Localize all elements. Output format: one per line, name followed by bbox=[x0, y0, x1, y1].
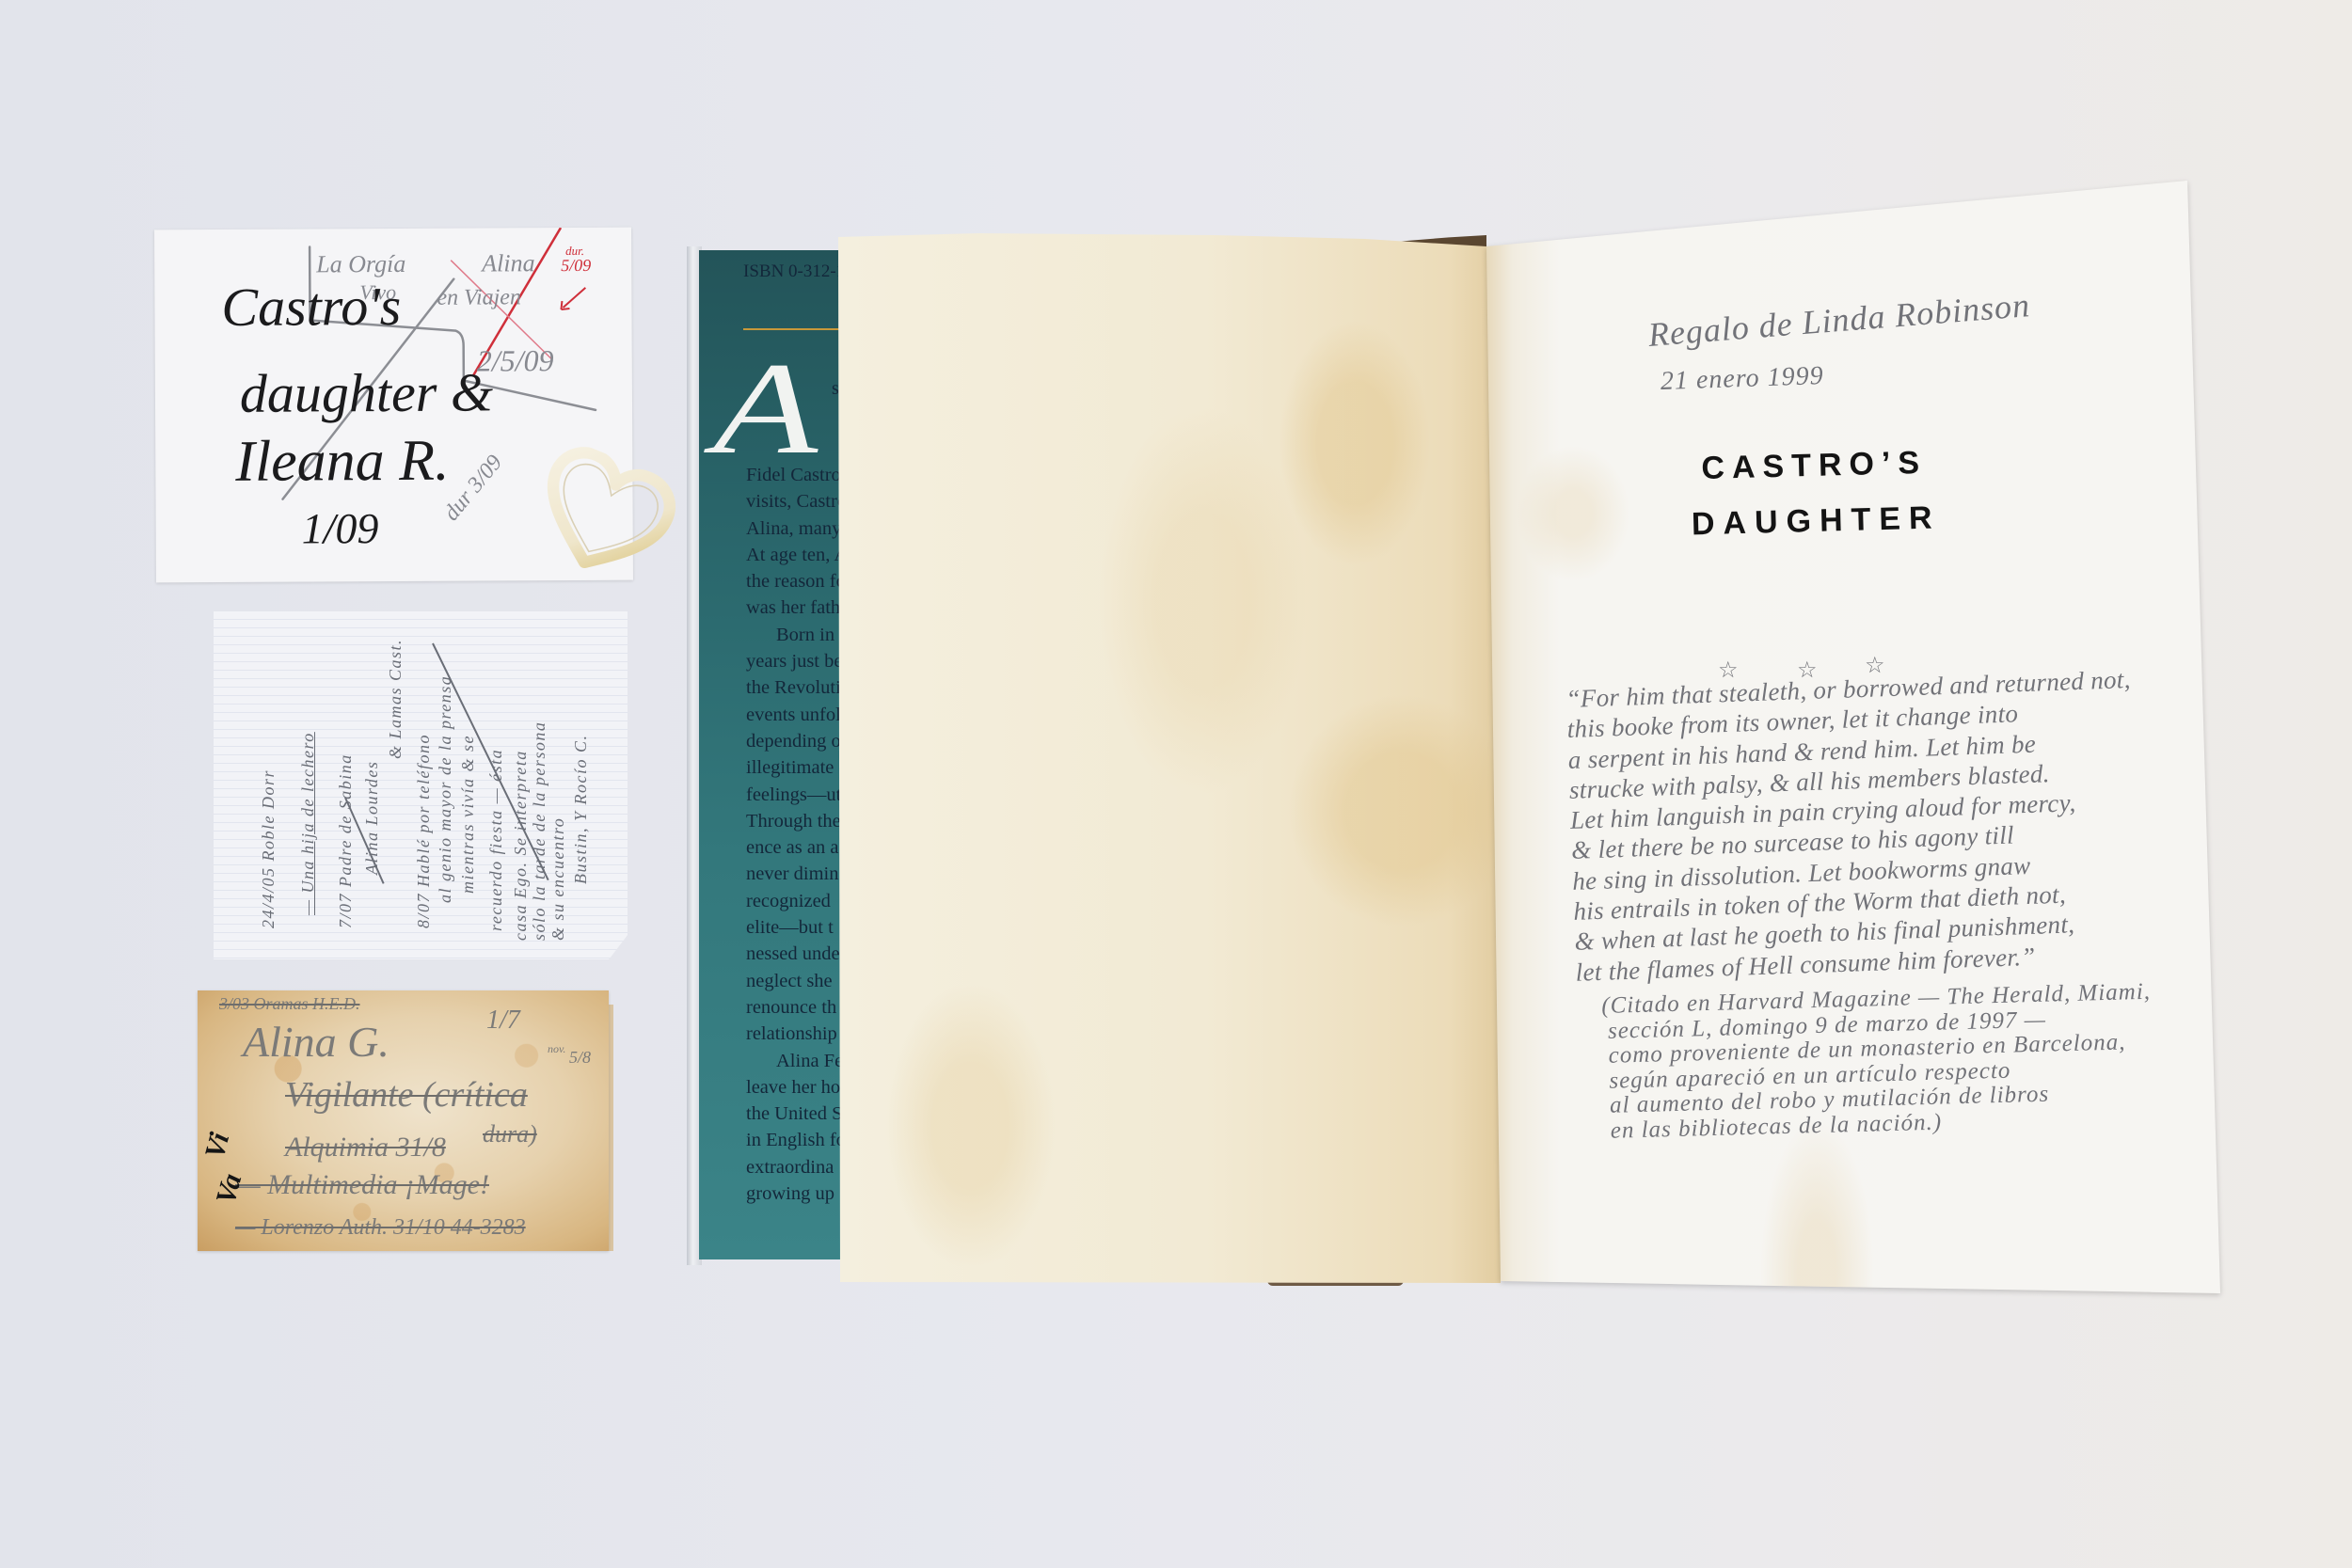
note-line: al genio mayor de la prensa bbox=[435, 675, 455, 903]
ink-line-date: 1/09 bbox=[302, 507, 379, 550]
side-date: 5/8 bbox=[569, 1049, 591, 1066]
side-label: nov. bbox=[548, 1043, 565, 1054]
drop-cap-tail: s bbox=[832, 378, 839, 400]
pencil-word: La Orgía bbox=[316, 252, 405, 277]
note-number: 1/7 bbox=[486, 1007, 520, 1034]
ink-line-name: Ileana R. bbox=[235, 432, 450, 491]
aged-note-sheet: 3/03 Oramas H.E.D. 1/7 Alina G. nov. 5/8… bbox=[198, 990, 609, 1251]
note-line: Bustin, Y Rocío C. bbox=[570, 734, 591, 884]
crossed-line: — Lorenzo Auth. 31/10 44-3283 bbox=[235, 1216, 526, 1239]
note-line: sólo la tarde de la persona bbox=[529, 721, 549, 941]
ink-line-daughter: daughter & bbox=[240, 365, 493, 420]
note-line: & Lamas Cast. bbox=[385, 639, 405, 759]
note-line: 24/4/05 Roble Dorr bbox=[258, 769, 278, 928]
pencil-word: Alina bbox=[482, 251, 534, 276]
red-ink-date: 5/09 bbox=[561, 257, 591, 274]
inscription-date: 21 enero 1999 bbox=[1661, 363, 1825, 395]
ink-line-title: Castro's bbox=[221, 279, 401, 335]
quote-citation: (Citado en Harvard Magazine — The Herald… bbox=[1601, 980, 2154, 1144]
crossed-line: Vigilante (crítica bbox=[285, 1077, 528, 1113]
lined-note-sheet: 24/4/05 Roble Dorr — Una hija de lechero… bbox=[214, 611, 628, 959]
crossed-line: — Multimedia ¡Mage! bbox=[235, 1171, 489, 1199]
note-name: Alina G. bbox=[243, 1021, 389, 1064]
note-line: 8/07 Hablé por teléfono bbox=[413, 734, 434, 928]
crossed-header: 3/03 Oramas H.E.D. bbox=[219, 995, 360, 1012]
crossed-line: Alquimia 31/8 bbox=[285, 1133, 446, 1162]
book-title: CASTRO’S DAUGHTER bbox=[1641, 445, 1981, 541]
crossed-line: dura) bbox=[483, 1122, 537, 1147]
title-line-2: DAUGHTER bbox=[1642, 500, 1981, 541]
note-line: & su encuentro bbox=[548, 817, 568, 941]
book-curse-quote: “For him that stealeth, or borrowed and … bbox=[1565, 664, 2140, 988]
isbn-label: ISBN 0-312-19 bbox=[743, 261, 854, 282]
black-ink-mark: Vi bbox=[200, 1130, 234, 1162]
note-line: — Una hija de lechero bbox=[297, 732, 318, 915]
note-line: casa Ego. Se interpreta bbox=[510, 750, 531, 941]
note-line: 7/07 Padre de Sabina bbox=[335, 753, 356, 928]
pencil-word: en Viajen bbox=[437, 286, 521, 309]
left-endpaper-page bbox=[838, 233, 1501, 1283]
note-line: mientras vivía & se bbox=[457, 735, 478, 894]
black-ink-mark: Va bbox=[212, 1171, 246, 1207]
drop-cap-letter: A bbox=[713, 343, 818, 475]
